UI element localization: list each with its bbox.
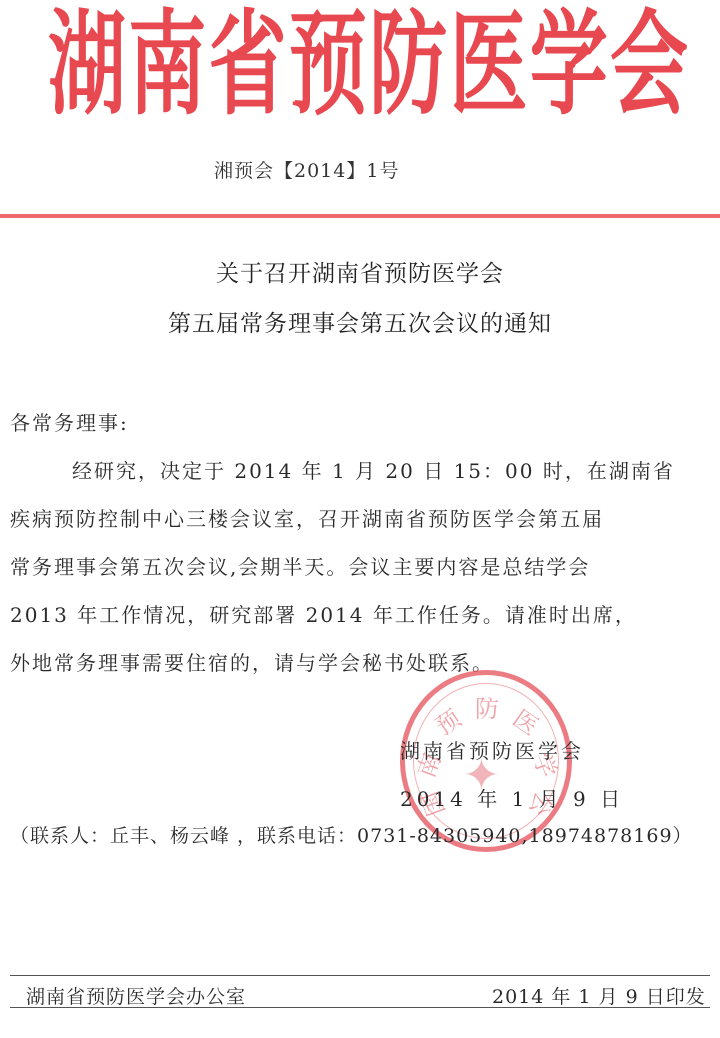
footer-top-rule	[10, 975, 710, 976]
body-line: 外地常务理事需要住宿的，请与学会秘书处联系。	[10, 647, 494, 676]
body-line: 2013 年工作情况，研究部署 2014 年工作任务。请准时出席，	[10, 599, 637, 628]
seal-char: 防	[475, 689, 499, 724]
footer-issue-date: 2014 年 1 月 9 日印发	[492, 982, 706, 1009]
masthead-char: 省	[209, 9, 287, 122]
signature-date: 2014 年 1 月 9 日	[400, 783, 624, 812]
body-line: 疾病预防控制中心三楼会议室，召开湖南省预防医学会第五届	[10, 503, 604, 532]
body-line: 经研究，决定于 2014 年 1 月 20 日 15：00 时，在湖南省	[72, 455, 675, 484]
salutation: 各常务理事:	[10, 407, 129, 436]
notice-title-line-2: 第五届常务理事会第五次会议的通知	[0, 305, 720, 338]
footer-bottom-rule	[10, 1007, 710, 1008]
masthead-char: 湖	[48, 9, 126, 122]
signature-organization: 湖南省预防医学会	[400, 735, 584, 764]
red-header-rule	[0, 214, 720, 218]
masthead-char: 南	[128, 9, 206, 122]
masthead-char: 医	[449, 9, 527, 122]
body-line: 常务理事会第五次会议,会期半天。会议主要内容是总结学会	[10, 551, 590, 580]
masthead-char: 防	[369, 9, 447, 122]
masthead-char: 会	[610, 9, 688, 122]
contact-info: （联系人：丘丰、杨云峰 ，联系电话：0731-84305940,18974878…	[10, 821, 693, 848]
masthead-title: 湖 南 省 预 防 医 学 会	[48, 6, 688, 126]
footer-issuer: 湖南省预防医学会办公室	[26, 982, 246, 1009]
document-number: 湘预会【2014】1号	[214, 156, 399, 183]
masthead-char: 预	[289, 9, 367, 122]
notice-title-line-1: 关于召开湖南省预防医学会	[0, 255, 720, 288]
masthead-char: 学	[530, 9, 608, 122]
